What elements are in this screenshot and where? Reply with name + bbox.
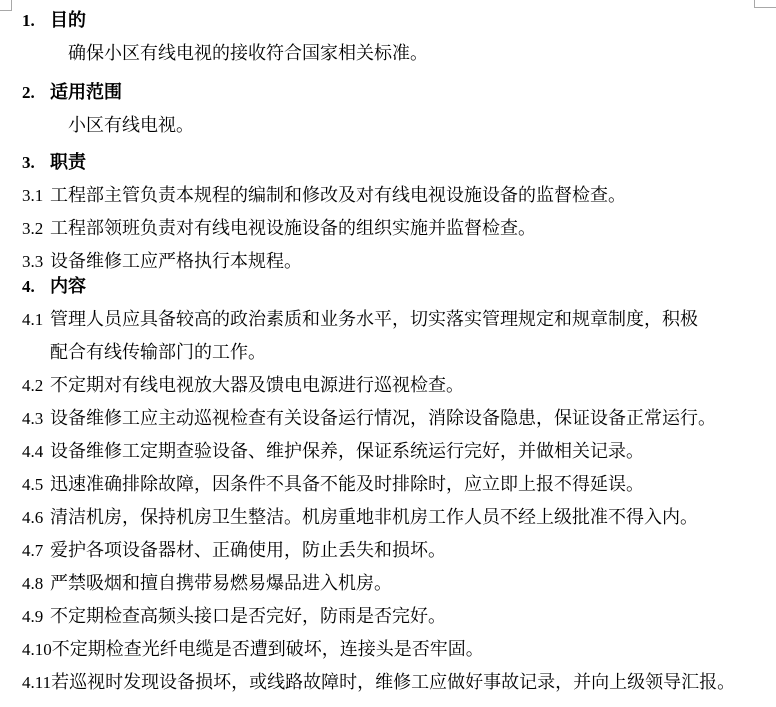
clause-text: 清洁机房，保持机房卫生整洁。机房重地非机房工作人员不经上级批准不得入内。 xyxy=(50,501,776,534)
clause-text: 严禁吸烟和擅自携带易燃易爆品进入机房。 xyxy=(50,567,776,600)
clause-text: 工程部主管负责本规程的编制和修改及对有线电视设施设备的监督检查。 xyxy=(50,179,776,212)
document-page: 1. 目的 确保小区有线电视的接收符合国家相关标准。 2. 适用范围 小区有线电… xyxy=(0,0,776,707)
clause-number: 4.5 xyxy=(22,468,50,501)
section-1-title: 目的 xyxy=(50,4,776,37)
clause-item-4-1: 4.1 管理人员应具备较高的政治素质和业务水平，切实落实管理规定和规章制度，积极… xyxy=(0,303,776,369)
clause-text: 不定期对有线电视放大器及馈电电源进行巡视检查。 xyxy=(50,369,776,402)
clause-text: 若巡视时发现设备损坏，或线路故障时，维修工应做好事故记录，并向上级领导汇报。 xyxy=(51,666,776,699)
section-2-title: 适用范围 xyxy=(50,76,776,109)
section-4-number: 4. xyxy=(22,270,50,303)
section-2-heading: 2. 适用范围 xyxy=(0,76,776,109)
clause-text: 迅速准确排除故障，因条件不具备不能及时排除时，应立即上报不得延误。 xyxy=(50,468,776,501)
clause-item-4-4: 4.4 设备维修工定期查验设备、维护保养，保证系统运行完好，并做相关记录。 xyxy=(0,435,776,468)
clause-line: 清洁机房，保持机房卫生整洁。机房重地非机房工作人员不经上级批准不得入内。 xyxy=(50,501,776,534)
clause-number: 3.1 xyxy=(22,179,50,212)
clause-number: 4.3 xyxy=(22,402,50,435)
clause-line: 爱护各项设备器材、正确使用，防止丢失和损坏。 xyxy=(50,534,776,567)
clause-number: 3.2 xyxy=(22,212,50,245)
clause-line: 迅速准确排除故障，因条件不具备不能及时排除时，应立即上报不得延误。 xyxy=(50,468,776,501)
section-2-number: 2. xyxy=(22,76,50,109)
clause-item-4-10: 4.10 不定期检查光纤电缆是否遭到破坏，连接头是否牢固。 xyxy=(0,633,776,666)
clause-line: 设备维修工定期查验设备、维护保养，保证系统运行完好，并做相关记录。 xyxy=(50,435,776,468)
clause-line: 配合有线传输部门的工作。 xyxy=(50,336,776,369)
clause-number: 4.4 xyxy=(22,435,50,468)
document-body: 1. 目的 确保小区有线电视的接收符合国家相关标准。 2. 适用范围 小区有线电… xyxy=(0,0,776,699)
clause-text: 不定期检查高频头接口是否完好，防雨是否完好。 xyxy=(50,600,776,633)
clause-line: 不定期检查高频头接口是否完好，防雨是否完好。 xyxy=(50,600,776,633)
clause-text: 不定期检查光纤电缆是否遭到破坏，连接头是否牢固。 xyxy=(52,633,776,666)
clause-line: 设备维修工应主动巡视检查有关设备运行情况，消除设备隐患，保证设备正常运行。 xyxy=(50,402,776,435)
clause-text: 设备维修工应主动巡视检查有关设备运行情况，消除设备隐患，保证设备正常运行。 xyxy=(50,402,776,435)
clause-number: 4.6 xyxy=(22,501,50,534)
clause-text: 工程部领班负责对有线电视设施设备的组织实施并监督检查。 xyxy=(50,212,776,245)
clause-number: 4.2 xyxy=(22,369,50,402)
section-1-number: 1. xyxy=(22,4,50,37)
clause-item-4-8: 4.8 严禁吸烟和擅自携带易燃易爆品进入机房。 xyxy=(0,567,776,600)
section-3-title: 职责 xyxy=(50,146,776,179)
clause-text: 管理人员应具备较高的政治素质和业务水平，切实落实管理规定和规章制度，积极 配合有… xyxy=(50,303,776,369)
clause-number: 4.9 xyxy=(22,600,50,633)
clause-item-4-2: 4.2 不定期对有线电视放大器及馈电电源进行巡视检查。 xyxy=(0,369,776,402)
clause-text: 设备维修工定期查验设备、维护保养，保证系统运行完好，并做相关记录。 xyxy=(50,435,776,468)
clause-item-4-7: 4.7 爱护各项设备器材、正确使用，防止丢失和损坏。 xyxy=(0,534,776,567)
section-4-title: 内容 xyxy=(50,270,776,303)
clause-line: 不定期对有线电视放大器及馈电电源进行巡视检查。 xyxy=(50,369,776,402)
clause-line: 不定期检查光纤电缆是否遭到破坏，连接头是否牢固。 xyxy=(52,633,776,666)
clause-line: 工程部领班负责对有线电视设施设备的组织实施并监督检查。 xyxy=(50,212,776,245)
clause-line: 若巡视时发现设备损坏，或线路故障时，维修工应做好事故记录，并向上级领导汇报。 xyxy=(51,666,776,699)
clause-item-4-5: 4.5 迅速准确排除故障，因条件不具备不能及时排除时，应立即上报不得延误。 xyxy=(0,468,776,501)
clause-item-4-3: 4.3 设备维修工应主动巡视检查有关设备运行情况，消除设备隐患，保证设备正常运行… xyxy=(0,402,776,435)
clause-item-4-9: 4.9 不定期检查高频头接口是否完好，防雨是否完好。 xyxy=(0,600,776,633)
clause-number: 4.8 xyxy=(22,567,50,600)
section-4-heading: 4. 内容 xyxy=(0,270,776,303)
clause-item-4-6: 4.6 清洁机房，保持机房卫生整洁。机房重地非机房工作人员不经上级批准不得入内。 xyxy=(0,501,776,534)
clause-number: 4.11 xyxy=(22,666,51,699)
clause-text: 爱护各项设备器材、正确使用，防止丢失和损坏。 xyxy=(50,534,776,567)
section-1-paragraph: 确保小区有线电视的接收符合国家相关标准。 xyxy=(0,37,776,70)
clause-item-3-1: 3.1 工程部主管负责本规程的编制和修改及对有线电视设施设备的监督检查。 xyxy=(0,179,776,212)
clause-number: 4.1 xyxy=(22,303,50,336)
clause-number: 4.7 xyxy=(22,534,50,567)
section-3-number: 3. xyxy=(22,146,50,179)
clause-line: 管理人员应具备较高的政治素质和业务水平，切实落实管理规定和规章制度，积极 xyxy=(50,303,776,336)
section-1-heading: 1. 目的 xyxy=(0,4,776,37)
clause-number: 4.10 xyxy=(22,633,52,666)
clause-line: 严禁吸烟和擅自携带易燃易爆品进入机房。 xyxy=(50,567,776,600)
clause-line: 工程部主管负责本规程的编制和修改及对有线电视设施设备的监督检查。 xyxy=(50,179,776,212)
section-3-heading: 3. 职责 xyxy=(0,146,776,179)
clause-item-4-11: 4.11 若巡视时发现设备损坏，或线路故障时，维修工应做好事故记录，并向上级领导… xyxy=(0,666,776,699)
clause-item-3-2: 3.2 工程部领班负责对有线电视设施设备的组织实施并监督检查。 xyxy=(0,212,776,245)
section-2-paragraph: 小区有线电视。 xyxy=(0,109,776,142)
